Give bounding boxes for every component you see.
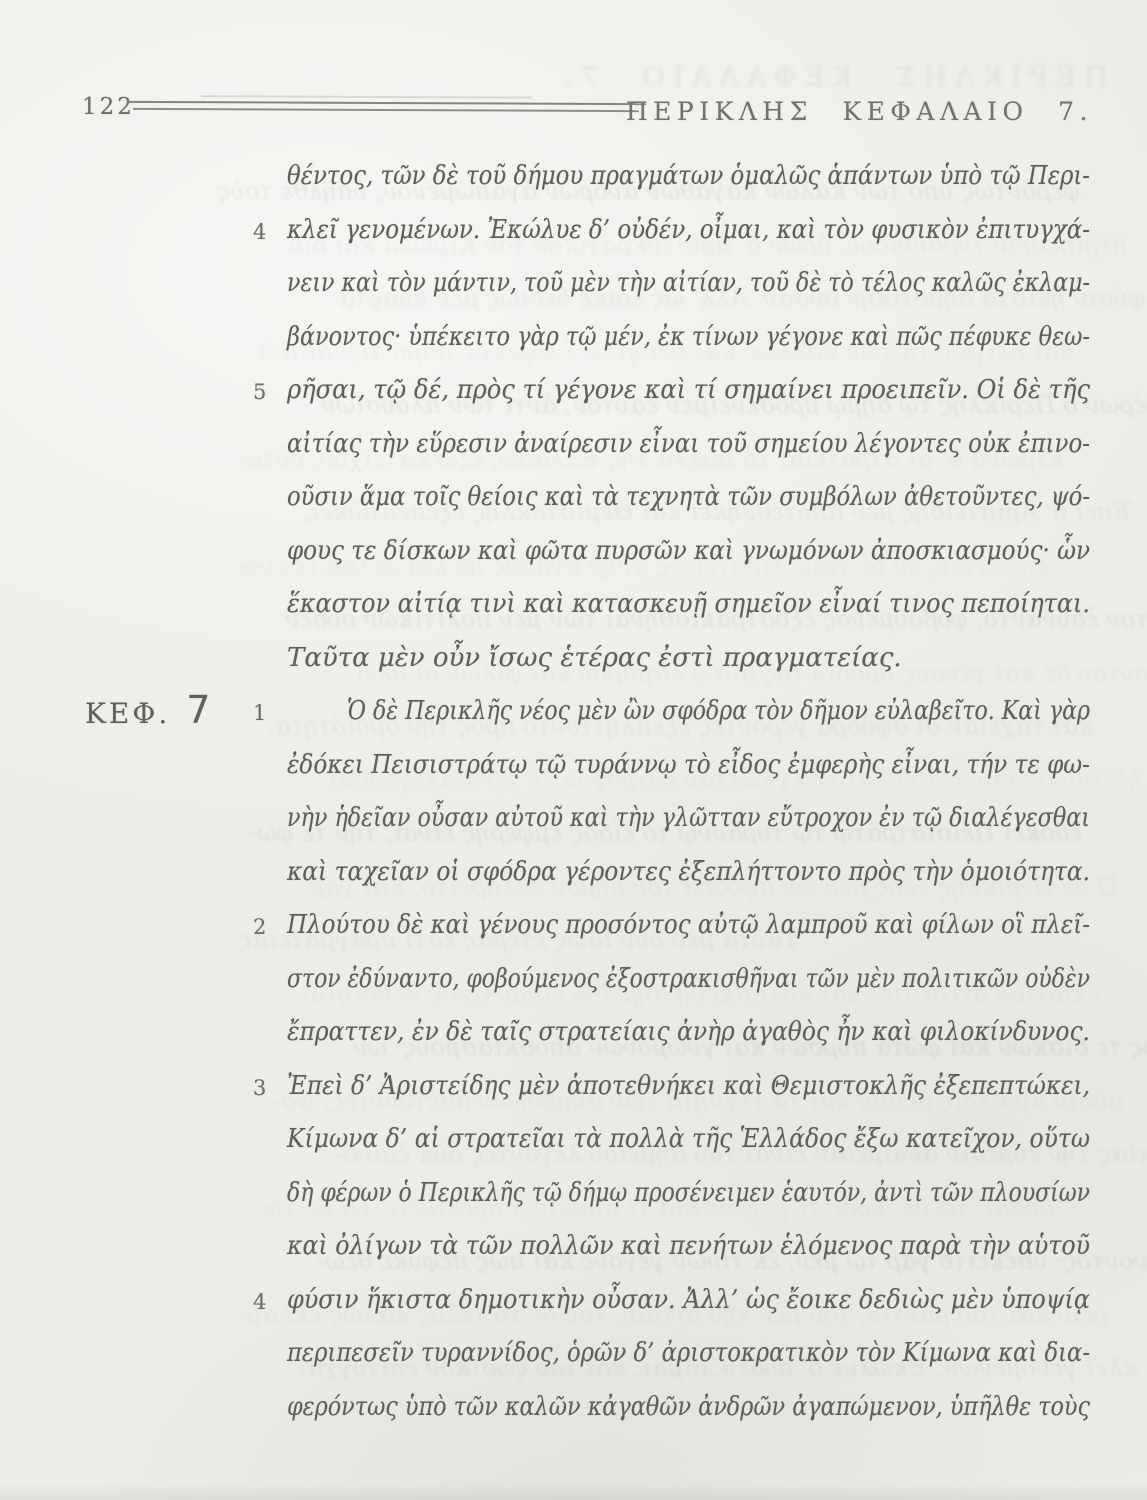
- text-line: 4κλεῖ γενομένων. Ἐκώλυε δ’ οὐδέν, οἶμαι,…: [287, 204, 1090, 258]
- greek-text: ἐδόκει Πεισιστράτῳ τῷ τυράννῳ τὸ εἶδος ἐ…: [287, 739, 1090, 793]
- greek-text: βάνοντος· ὑπέκειτο γὰρ τῷ μέν, ἐκ τίνων …: [287, 311, 1090, 365]
- text-line: περιπεσεῖν τυραννίδος, ὁρῶν δ’ ἀριστοκρα…: [287, 1327, 1090, 1381]
- text-line: φερόντως ὑπὸ τῶν καλῶν κἀγαθῶν ἀνδρῶν ἀγ…: [287, 1381, 1090, 1435]
- header-double-rule: [128, 95, 646, 112]
- text-line: οῦσιν ἅμα τοῖς θείοις καὶ τὰ τεχνητὰ τῶν…: [287, 471, 1090, 525]
- greek-text: Κίμωνα δ’ αἱ στρατεῖαι τὰ πολλὰ τῆς Ἑλλά…: [287, 1113, 1090, 1167]
- page-number: 122: [82, 94, 135, 120]
- greek-text: Πλούτου δὲ καὶ γένους προσόντος αὐτῷ λαμ…: [287, 899, 1090, 953]
- rule-echo-line: [201, 95, 533, 98]
- text-line: νειν καὶ τὸν μάντιν, τοῦ μὲν τὴν αἰτίαν,…: [287, 257, 1090, 311]
- line-number: 5: [253, 366, 266, 420]
- text-line: φους τε δίσκων καὶ φῶτα πυρσῶν καὶ γνωμό…: [287, 525, 1090, 579]
- text-line: Ταῦτα μὲν οὖν ἴσως ἑτέρας ἐστὶ πραγματεί…: [287, 632, 1090, 686]
- greek-text: Ὁ δὲ Περικλῆς νέος μὲν ὢν σφόδρα τὸν δῆμ…: [347, 685, 1090, 739]
- text-line: στον ἐδύναντο, φοβούμενος ἐξοστρακισθῆνα…: [287, 953, 1090, 1007]
- rule-top-line: [128, 101, 646, 105]
- text-block: θέντος, τῶν δὲ τοῦ δήμου πραγμάτων ὁμαλῶ…: [287, 150, 1090, 1434]
- greek-text: θέντος, τῶν δὲ τοῦ δήμου πραγμάτων ὁμαλῶ…: [287, 150, 1090, 204]
- greek-text: ἕκαστον αἰτίᾳ τινὶ καὶ κατασκευῇ σημεῖον…: [287, 578, 1090, 632]
- greek-text: καὶ ταχεῖαν οἱ σφόδρα γέροντες ἐξεπλήττο…: [287, 846, 1090, 900]
- greek-text: περιπεσεῖν τυραννίδος, ὁρῶν δ’ ἀριστοκρα…: [287, 1327, 1090, 1381]
- greek-text: κλεῖ γενομένων. Ἐκώλυε δ’ οὐδέν, οἶμαι, …: [287, 204, 1090, 258]
- chapter-label-kef: ΚΕΦ.: [85, 697, 170, 730]
- greek-text: δὴ φέρων ὁ Περικλῆς τῷ δήμῳ προσένειμεν …: [287, 1167, 1090, 1221]
- chapter-label-number: 7: [186, 688, 210, 732]
- text-line: θέντος, τῶν δὲ τοῦ δήμου πραγμάτων ὁμαλῶ…: [287, 150, 1090, 204]
- bleedthrough-header-text: ΠΕΡΙΚΛΗΣ ΚΕΦΑΛΑΙΟ 7.: [557, 62, 1107, 93]
- greek-text: Ταῦτα μὲν οὖν ἴσως ἑτέρας ἐστὶ πραγματεί…: [287, 632, 902, 686]
- section-number: 3: [253, 1062, 266, 1116]
- text-line: ἔπραττεν, ἐν δὲ ταῖς στρατείαις ἀνὴρ ἀγα…: [287, 1006, 1090, 1060]
- greek-text: φύσιν ἥκιστα δημοτικὴν οὖσαν. Ἀλλ’ ὡς ἔο…: [287, 1274, 1090, 1328]
- section-number: 4: [253, 1276, 266, 1330]
- greek-text: φους τε δίσκων καὶ φῶτα πυρσῶν καὶ γνωμό…: [287, 525, 1090, 579]
- text-line: Κίμωνα δ’ αἱ στρατεῖαι τὰ πολλὰ τῆς Ἑλλά…: [287, 1113, 1090, 1167]
- text-line: καὶ ταχεῖαν οἱ σφόδρα γέροντες ἐξεπλήττο…: [287, 846, 1090, 900]
- text-line: ΚΕΦ.71Ὁ δὲ Περικλῆς νέος μὲν ὢν σφόδρα τ…: [287, 685, 1090, 739]
- text-line: 4φύσιν ἥκιστα δημοτικὴν οὖσαν. Ἀλλ’ ὡς ἔ…: [287, 1274, 1090, 1328]
- greek-text: ἔπραττεν, ἐν δὲ ταῖς στρατείαις ἀνὴρ ἀγα…: [287, 1006, 1090, 1060]
- greek-text: στον ἐδύναντο, φοβούμενος ἐξοστρακισθῆνα…: [287, 953, 1090, 1007]
- greek-text: Ἐπεὶ δ’ Ἀριστείδης μὲν ἀποτεθνήκει καὶ Θ…: [287, 1060, 1090, 1114]
- greek-text: καὶ ὀλίγων τὰ τῶν πολλῶν καὶ πενήτων ἑλό…: [287, 1220, 1090, 1274]
- running-header-title: ΠΕΡΙΚΛΗΣ ΚΕΦΑΛΑΙΟ 7.: [626, 97, 1093, 126]
- text-line: 2Πλούτου δὲ καὶ γένους προσόντος αὐτῷ λα…: [287, 899, 1090, 953]
- greek-text: φερόντως ὑπὸ τῶν καλῶν κἀγαθῶν ἀνδρῶν ἀγ…: [287, 1381, 1090, 1435]
- text-line: ἐδόκει Πεισιστράτῳ τῷ τυράννῳ τὸ εἶδος ἐ…: [287, 739, 1090, 793]
- rule-bottom-line: [133, 108, 639, 112]
- section-number: 1: [253, 687, 266, 741]
- text-line: καὶ ὀλίγων τὰ τῶν πολλῶν καὶ πενήτων ἑλό…: [287, 1220, 1090, 1274]
- greek-text: ρῆσαι, τῷ δέ, πρὸς τί γέγονε καὶ τί σημα…: [287, 364, 1090, 418]
- greek-text: αἰτίας τὴν εὕρεσιν ἀναίρεσιν εἶναι τοῦ σ…: [287, 418, 1090, 472]
- text-line: 5ρῆσαι, τῷ δέ, πρὸς τί γέγονε καὶ τί σημ…: [287, 364, 1090, 418]
- book-page-scan: ΠΕΡΙΚΛΗΣ ΚΕΦΑΛΑΙΟ 7. φερόντως ὑπὸ τῶν κα…: [0, 0, 1147, 1500]
- text-line: αἰτίας τὴν εὕρεσιν ἀναίρεσιν εἶναι τοῦ σ…: [287, 418, 1090, 472]
- section-number: 2: [253, 901, 266, 955]
- greek-text: νειν καὶ τὸν μάντιν, τοῦ μὲν τὴν αἰτίαν,…: [287, 257, 1090, 311]
- text-line: βάνοντος· ὑπέκειτο γὰρ τῷ μέν, ἐκ τίνων …: [287, 311, 1090, 365]
- text-line: 3Ἐπεὶ δ’ Ἀριστείδης μὲν ἀποτεθνήκει καὶ …: [287, 1060, 1090, 1114]
- text-line: νὴν ἡδεῖαν οὖσαν αὐτοῦ καὶ τὴν γλῶτταν ε…: [287, 792, 1090, 846]
- chapter-margin-label: ΚΕΦ.7: [85, 685, 210, 739]
- text-line: ἕκαστον αἰτίᾳ τινὶ καὶ κατασκευῇ σημεῖον…: [287, 578, 1090, 632]
- greek-text: νὴν ἡδεῖαν οὖσαν αὐτοῦ καὶ τὴν γλῶτταν ε…: [287, 792, 1090, 846]
- text-line: δὴ φέρων ὁ Περικλῆς τῷ δήμῳ προσένειμεν …: [287, 1167, 1090, 1221]
- greek-text: οῦσιν ἅμα τοῖς θείοις καὶ τὰ τεχνητὰ τῶν…: [287, 471, 1090, 525]
- line-number: 4: [253, 206, 266, 260]
